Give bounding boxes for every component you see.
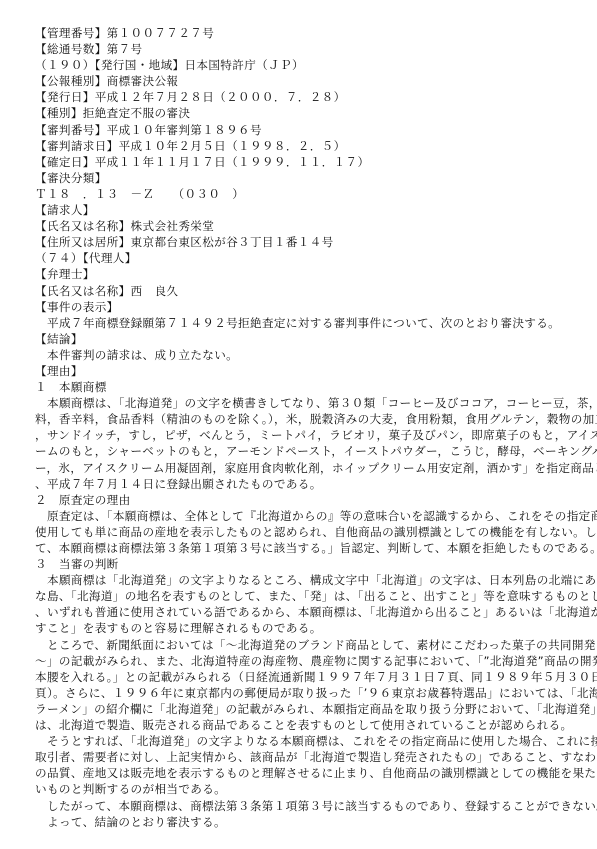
conclusion-heading: 【結論】 (35, 331, 580, 347)
section3-line: の品質、産地又は販売地を表示するものと理解させるに止まり、自他商品の識別標識とし… (35, 765, 580, 781)
field-decision-classification-value: Ｔ１８ ．１３ －Ｚ （０３０ ） (35, 186, 580, 202)
field-appeal-number: 【審判番号】平成１０年審判第１８９６号 (35, 122, 580, 138)
reason-heading: 【理由】 (35, 363, 580, 379)
section3-heading: ３ 当審の判断 (35, 556, 580, 572)
field-finalization-date: 【確定日】平成１１年１１月１７日（１９９９．１１．１７） (35, 154, 580, 170)
field-kind: 【種別】拒絶査定不服の審決 (35, 105, 580, 121)
section3-line: 本願商標は「北海道発」の文字よりなるところ、構成文字中「北海道」の文字は、日本列… (35, 572, 580, 588)
field-decision-classification-label: 【審決分類】 (35, 170, 580, 186)
section3-line: な島、「北海道」の地名を表すものとして、また、「発」は、「出ること、出すこと」等… (35, 588, 580, 604)
field-appeal-request-date: 【審判請求日】平成１０年２月５日（１９９８．２．５） (35, 138, 580, 154)
field-issue-date: 【発行日】平成１２年７月２８日（２０００．７．２８） (35, 89, 580, 105)
section1-heading: １ 本願商標 (35, 379, 580, 395)
field-total-issue-number: 【総通号数】第７号 (35, 41, 580, 57)
conclusion-text: 本件審判の請求は、成り立たない。 (35, 347, 580, 363)
section3-line: すこと」を表すものと容易に理解されるものである。 (35, 620, 580, 636)
section3-line: ラーメン」の紹介欄に「北海道発」の記載がみられ、本願指定商品を取り扱う分野におい… (35, 701, 580, 717)
field-agent-label: （７４）【代理人】 (35, 250, 580, 266)
section1-line: ー，氷，アイスクリーム用凝固剤，家庭用食肉軟化剤，ホイップクリーム用安定剤，酒か… (35, 460, 580, 476)
field-issuing-country: （１９０）【発行国・地域】日本国特許庁（ＪＰ） (35, 57, 580, 73)
section2-line: 使用しても単に商品の産地を表示したものと認められ、自他商品の識別標識としての機能… (35, 524, 580, 540)
field-requester-label: 【請求人】 (35, 202, 580, 218)
section1-line: 本願商標は、「北海道発」の文字を横書きしてなり、第３０類「コーヒー及びココア，コ… (35, 395, 580, 411)
section3-line: よって、結論のとおり審決する。 (35, 814, 580, 830)
section3-line: いものと判断するのが相当である。 (35, 781, 580, 797)
section3-line: そうとすれば、「北海道発」の文字よりなる本願商標は、これをその指定商品に使用した… (35, 733, 580, 749)
section3-line: 頁）。さらに、１９９６年に東京都内の郵便局が取り扱った「’９６東京お歳暮特選品」… (35, 685, 580, 701)
section2-heading: ２ 原査定の理由 (35, 492, 580, 508)
section3-line: 、いずれも普通に使用されている語であるから、本願商標は、「北海道から出ること」あ… (35, 604, 580, 620)
section3-line: 取引者、需要者に対し、上記実情から、該商品が「北海道で製造し発売されたもの」であ… (35, 749, 580, 765)
section1-line: ームのもと，シャーベットのもと，アーモンドペースト，イーストパウダー，こうじ，酵… (35, 443, 580, 459)
section2-line: て、本願商標は商標法第３条第１項第３号に該当する。」旨認定、判断して、本願を拒絶… (35, 540, 580, 556)
case-display-text: 平成７年商標登録願第７１４９２号拒絶査定に対する審判事件について、次のとおり審決… (35, 315, 580, 331)
field-requester-name: 【氏名又は名称】株式会社秀栄堂 (35, 218, 580, 234)
field-case-display-label: 【事件の表示】 (35, 299, 580, 315)
field-requester-address: 【住所又は居所】東京都台東区松が谷３丁目１番１４号 (35, 234, 580, 250)
section1-line: 、平成７年７月１４日に登録出願されたものである。 (35, 476, 580, 492)
section3-line: は、北海道で製造、販売される商品であることを表すものとして使用されていることが認… (35, 717, 580, 733)
field-patent-attorney-label: 【弁理士】 (35, 266, 580, 282)
section3-line: 本腰を入れる。」との記載がみられる（日経流通新聞１９９７年７月３１日７頁、同１９… (35, 669, 580, 685)
trademark-decision-document: 【管理番号】第１００７７２７号 【総通号数】第７号 （１９０）【発行国・地域】日… (35, 25, 580, 830)
field-attorney-name: 【氏名又は名称】西 良久 (35, 283, 580, 299)
section1-line: ，サンドイッチ，すし，ピザ，べんとう，ミートパイ，ラビオリ，菓子及びパン，即席菓… (35, 427, 580, 443)
section2-line: 原査定は、「本願商標は、全体として『北海道からの』等の意味合いを認識するから、こ… (35, 508, 580, 524)
section1-line: 料，香辛料，食品香料（精油のものを除く。），米，脱穀済みの大麦，食用粉類，食用グ… (35, 411, 580, 427)
section3-line: したがって、本願商標は、商標法第３条第１項第３号に該当するものであり、登録するこ… (35, 798, 580, 814)
section3-line: ところで、新聞紙面においては「～北海道発のブランド商品として、素材にこだわった菓… (35, 637, 580, 653)
field-publication-type: 【公報種別】商標審決公報 (35, 73, 580, 89)
section3-line: ～」の記載がみられ、また、北海道特産の海産物、農産物に関する記事において、「”北… (35, 653, 580, 669)
field-management-number: 【管理番号】第１００７７２７号 (35, 25, 580, 41)
